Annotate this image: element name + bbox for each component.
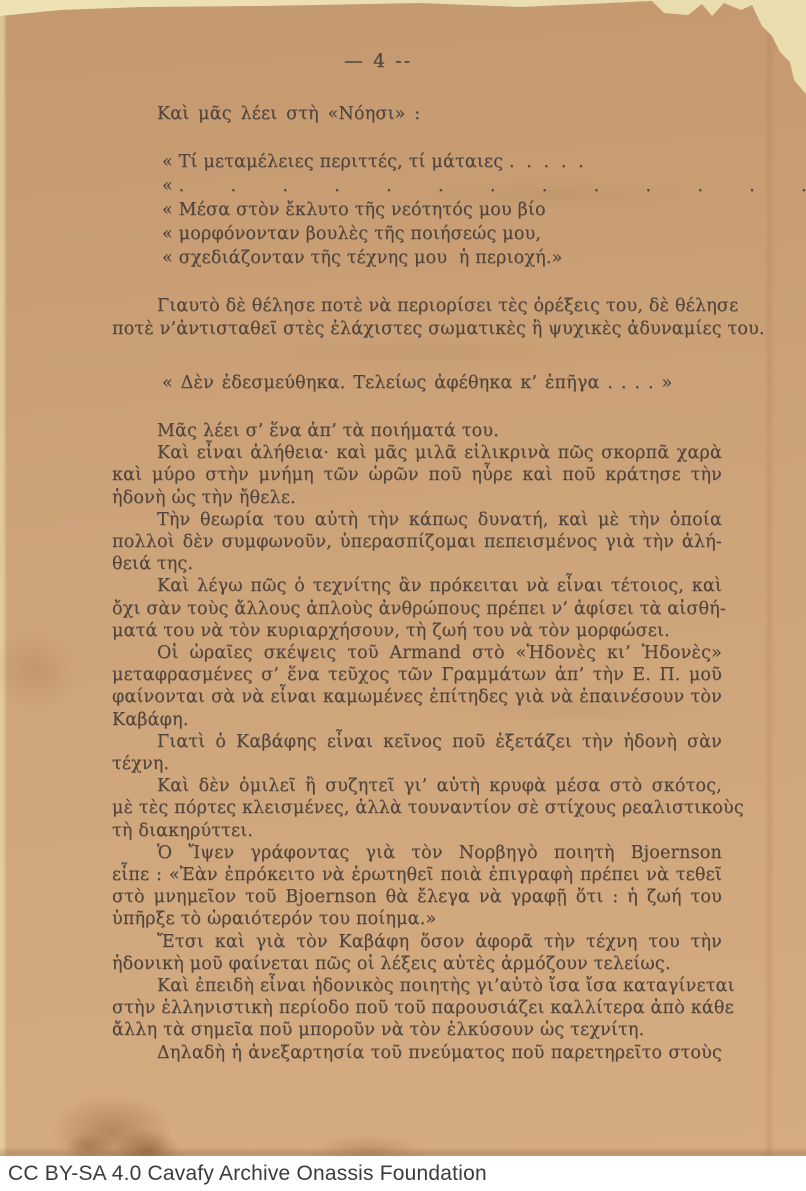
paragraph-section: Καὶ λέγω πῶς ὁ τεχνίτης ἂν πρόκειται νὰ … bbox=[112, 575, 722, 642]
text-line: Τὴν θεωρία του αὐτὴ τὴν κάπως δυνατή, κα… bbox=[112, 509, 722, 531]
text-line: Δηλαδὴ ἡ ἀνεξαρτησία τοῦ πνεύματος ποῦ π… bbox=[112, 1042, 722, 1064]
text-line: « σχεδιάζονταν τῆς τέχνης μου ἡ περιοχή.… bbox=[162, 247, 722, 271]
text-line: Γιατὶ ὁ Καβάφης εἶναι κεῖνος ποῦ ἐξετάζε… bbox=[112, 731, 722, 753]
text-line: τὴ διακηρύττει. bbox=[112, 820, 722, 842]
text-line: Μᾶς λέει σ’ ἕνα ἀπ’ τὰ ποιήματά του. bbox=[112, 420, 722, 442]
license-text: CC BY-SA 4.0 Cavafy Archive Onassis Foun… bbox=[8, 1162, 487, 1186]
paragraph-section: Ἔτσι καὶ γιὰ τὸν Καβάφη ὅσον ἀφορᾶ τὴν τ… bbox=[112, 931, 722, 975]
text-line: « μορφόνονταν βουλὲς τῆς ποιήσεώς μου, bbox=[162, 223, 722, 247]
text-line: ἡδονὴ ὡς τὴν ἤθελε. bbox=[112, 487, 722, 509]
text-line: Καὶ μᾶς λέει στὴ «Νόησι» : bbox=[157, 103, 722, 125]
text-line: Ὁ Ἴψεν γράφοντας γιὰ τὸν Νορβηγὸ ποιητὴ … bbox=[112, 842, 722, 864]
scanned-page: — 4 --Καὶ μᾶς λέει στὴ «Νόησι» :« Τί μετ… bbox=[0, 0, 806, 1191]
paragraph-section: Οἱ ὡραῖες σκέψεις τοῦ Armand στὸ «Ἡδονὲς… bbox=[112, 642, 722, 731]
verse-section: « Τί μεταμέλειες περιττές, τί μάταιες . … bbox=[162, 151, 722, 270]
text-line: πολλοὶ δὲν συμφωνοῦν, ὑπερασπίζομαι πεπε… bbox=[112, 531, 722, 553]
text-line: φαίνονται σὰ νὰ εἶναι καμωμένες ἐπίτηδες… bbox=[112, 686, 722, 708]
text-line: ματά του νὰ τὸν κυριαρχήσουν, τὴ ζωή του… bbox=[112, 620, 722, 642]
text-line: Οἱ ὡραῖες σκέψεις τοῦ Armand στὸ «Ἡδονὲς… bbox=[112, 642, 722, 664]
text-line: Καὶ ἐπειδὴ εἶναι ἡδονικὸς ποιητὴς γι’αὐτ… bbox=[112, 975, 722, 997]
text-line: — 4 -- bbox=[112, 50, 644, 72]
text-line: μεταφρασμένες σ’ ἕνα τεῦχος τῶν Γραμμάτω… bbox=[112, 664, 722, 686]
text-line: καὶ μύρο στὴν μνήμη τῶν ὡρῶν ποῦ ηὗρε κα… bbox=[112, 464, 722, 486]
paragraph-section: Καὶ εἶναι ἀλήθεια· καὶ μᾶς μιλᾶ εἰλικριν… bbox=[112, 442, 722, 509]
text-line: Καβάφη. bbox=[112, 709, 722, 731]
text-line: « . . . . . . . . . . . . . bbox=[162, 175, 722, 199]
text-line: στὴν ἑλληνιστικὴ περίοδο ποῦ τοῦ παρουσι… bbox=[112, 997, 722, 1019]
text-line: Ἔτσι καὶ γιὰ τὸν Καβάφη ὅσον ἀφορᾶ τὴν τ… bbox=[112, 931, 722, 953]
text-line: τέχνη. bbox=[112, 753, 722, 775]
text-column: — 4 --Καὶ μᾶς λέει στὴ «Νόησι» :« Τί μετ… bbox=[112, 0, 722, 1064]
text-line: μὲ τὲς πόρτες κλεισμένες, ἀλλὰ τουναντίο… bbox=[112, 797, 722, 819]
paragraph-section: Ὁ Ἴψεν γράφοντας γιὰ τὸν Νορβηγὸ ποιητὴ … bbox=[112, 842, 722, 931]
text-line: « Τί μεταμέλειες περιττές, τί μάταιες . … bbox=[162, 151, 722, 175]
paragraph-section: Καὶ ἐπειδὴ εἶναι ἡδονικὸς ποιητὴς γι’αὐτ… bbox=[112, 975, 722, 1042]
intro-section: Καὶ μᾶς λέει στὴ «Νόησι» : bbox=[112, 103, 722, 125]
text-line: ὄχι σὰν τοὺς ἄλλους ἁπλοὺς ἀνθρώπους πρέ… bbox=[112, 598, 722, 620]
paragraph-section: Μᾶς λέει σ’ ἕνα ἀπ’ τὰ ποιήματά του. bbox=[112, 420, 722, 442]
text-line: εἶπε : «Ἐὰν ἐπρόκειτο νὰ ἐρωτηθεῖ ποιὰ ἐ… bbox=[112, 864, 722, 886]
quote-section: « Δὲν ἐδεσμεύθηκα. Τελείως ἀφέθηκα κ’ ἐπ… bbox=[162, 372, 722, 394]
paragraph-section: Γιατὶ ὁ Καβάφης εἶναι κεῖνος ποῦ ἐξετάζε… bbox=[112, 731, 722, 775]
text-line: Καὶ δὲν ὁμιλεῖ ἢ συζητεῖ γι’ αὐτὴ κρυφὰ … bbox=[112, 775, 722, 797]
text-line: « Μέσα στὸν ἔκλυτο τῆς νεότητός μου βίο bbox=[162, 199, 722, 223]
text-line: Καὶ εἶναι ἀλήθεια· καὶ μᾶς μιλᾶ εἰλικριν… bbox=[112, 442, 722, 464]
paragraph-section: Γιαυτὸ δὲ θέλησε ποτὲ νὰ περιορίσει τὲς … bbox=[112, 295, 722, 339]
paragraph-section: Τὴν θεωρία του αὐτὴ τὴν κάπως δυνατή, κα… bbox=[112, 509, 722, 576]
text-line: θειά της. bbox=[112, 553, 722, 575]
paragraph-section: Καὶ δὲν ὁμιλεῖ ἢ συζητεῖ γι’ αὐτὴ κρυφὰ … bbox=[112, 775, 722, 842]
text-line: ἄλλη τὰ σημεῖα ποῦ μποροῦν νὰ τὸν ἑλκύσο… bbox=[112, 1019, 722, 1041]
text-line: στὸ μνημεῖον τοῦ Bjoernson θὰ ἔλεγα νὰ γ… bbox=[112, 886, 722, 908]
paragraph-section: Δηλαδὴ ἡ ἀνεξαρτησία τοῦ πνεύματος ποῦ π… bbox=[112, 1042, 722, 1064]
license-bar: CC BY-SA 4.0 Cavafy Archive Onassis Foun… bbox=[0, 1156, 806, 1191]
text-line: Καὶ λέγω πῶς ὁ τεχνίτης ἂν πρόκειται νὰ … bbox=[112, 575, 722, 597]
text-line: ὑπῆρξε τὸ ὡραιότερόν του ποίημα.» bbox=[112, 908, 722, 930]
text-line: « Δὲν ἐδεσμεύθηκα. Τελείως ἀφέθηκα κ’ ἐπ… bbox=[162, 372, 722, 394]
text-line: Γιαυτὸ δὲ θέλησε ποτὲ νὰ περιορίσει τὲς … bbox=[112, 295, 722, 317]
page-number-section: — 4 -- bbox=[112, 50, 722, 72]
text-line: ἡδονικὴ μοῦ φαίνεται πῶς οἱ λέξεις αὐτὲς… bbox=[112, 953, 722, 975]
text-line: ποτὲ ν’ἀντισταθεῖ στὲς ἐλάχιστες σωματικ… bbox=[112, 318, 722, 340]
